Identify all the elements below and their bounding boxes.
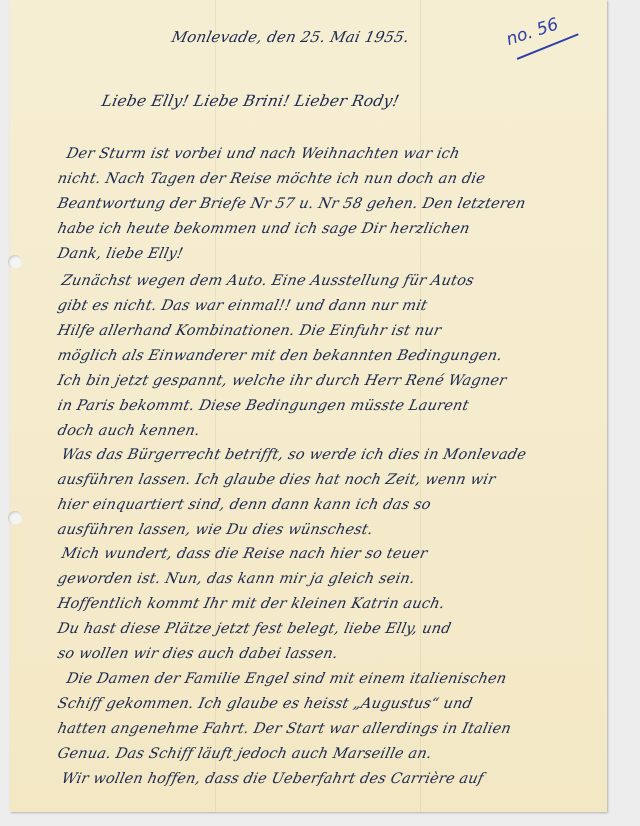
letter-body-line: ausführen lassen. Ich glaube dies hat no… [56,472,497,488]
letter-body-line: gibt es nicht. Das war einmal!! und dann… [56,298,429,314]
letter-page: Monlevade, den 25. Mai 1955. no. 56 Lieb… [10,0,607,812]
letter-salutation: Liebe Elly! Liebe Brini! Lieber Rody! [100,92,401,110]
letter-dateline: Monlevade, den 25. Mai 1955. [170,28,411,46]
letter-body-line: Wir wollen hoffen, dass die Ueberfahrt d… [60,771,485,787]
letter-body-line: hatten angenehme Fahrt. Der Start war al… [56,721,513,737]
letter-body-line: so wollen wir dies auch dabei lassen. [56,646,339,662]
punch-hole [8,255,22,269]
letter-body-line: Hoffentlich kommt Ihr mit der kleinen Ka… [56,596,446,612]
letter-body-line: doch auch kennen. [56,423,202,439]
letter-body-line: nicht. Nach Tagen der Reise möchte ich n… [56,171,487,187]
letter-body-line: Der Sturm ist vorbei und nach Weihnachte… [65,146,461,162]
letter-body-line: Zunächst wegen dem Auto. Eine Ausstellun… [60,273,475,289]
punch-hole [8,511,22,525]
letter-body-line: Die Damen der Familie Engel sind mit ein… [65,671,508,687]
letter-body-line: Schiff gekommen. Ich glaube es heisst „A… [56,696,474,712]
letter-body-line: Beantwortung der Briefe Nr 57 u. Nr 58 g… [56,196,527,212]
letter-body-line: ausführen lassen, wie Du dies wünschest. [56,522,374,538]
letter-body-line: Dank, liebe Elly! [56,246,185,262]
letter-body-line: Ich bin jetzt gespannt, welche ihr durch… [56,373,508,389]
letter-body-line: Du hast diese Plätze jetzt fest belegt, … [56,621,453,637]
letter-body-line: Mich wundert, dass die Reise nach hier s… [60,546,429,562]
letter-body-line: Genua. Das Schiff läuft jedoch auch Mars… [56,746,433,762]
letter-body-line: habe ich heute bekommen und ich sage Dir… [56,221,471,237]
letter-body-line: geworden ist. Nun, das kann mir ja gleic… [56,571,416,587]
letter-body-line: Was das Bürgerrecht betrifft, so werde i… [60,447,528,463]
letter-body-line: hier einquartiert sind, denn dann kann i… [56,497,432,513]
letter-body-line: Hilfe allerhand Kombinationen. Die Einfu… [56,323,443,339]
letter-body-line: in Paris bekommt. Diese Bedingungen müss… [56,398,470,414]
letter-body-line: möglich als Einwanderer mit den bekannte… [56,348,504,364]
